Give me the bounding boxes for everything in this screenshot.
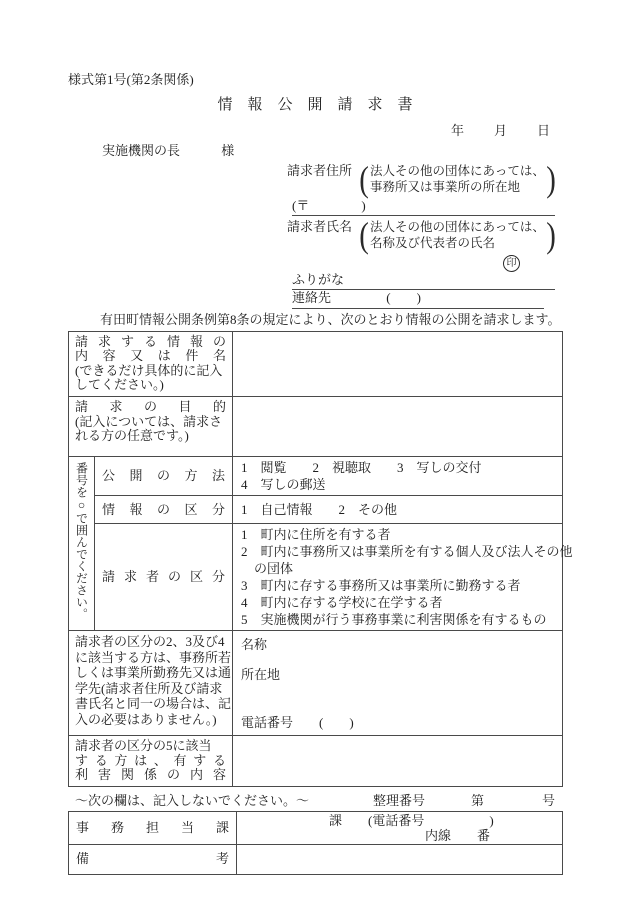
option-line: の団体 [241,560,554,577]
addressee-label: 実施機関の長 [102,143,180,158]
label-note-line: れる方の任意です。) [75,429,226,444]
bracket-open: ( [359,162,369,196]
method-options-cell[interactable]: 1 閲覧 2 視聴取 3 写しの交付 4 写しの郵送 [233,456,563,495]
contact-field[interactable]: 連絡先 ( ) [292,290,544,309]
label-note-line: してください。) [75,378,226,393]
reference-number-label: 整理番号 [373,793,425,809]
row-remarks: 備 考 [69,844,563,874]
remarks-label-cell: 備 考 [69,844,237,874]
requester-name-row: 請求者氏名 ( 法人その他の団体にあっては、 名称及び代表者の氏名 ) [287,218,562,254]
office-use-note-row: 〜次の欄は、記入しないでください。〜 整理番号 第 号 [68,792,562,809]
label-note-line: (できるだけ具体的に記入 [75,364,226,379]
postal-code-field[interactable]: (〒 ) [292,198,555,216]
furigana-field[interactable]: ふりがな [292,272,555,290]
requested-info-input-cell[interactable] [233,331,563,396]
reference-number-suffix: 号 [542,793,555,809]
workplace-address-field[interactable]: 所在地 [241,667,554,683]
requester-address-note: 法人その他の団体にあっては、 事務所又は事業所の所在地 [370,162,545,195]
page-title: 情 報 公 開 請 求 書 [68,96,562,116]
declaration-sentence: 有田町情報公開条例第8条の規定により、次のとおり情報の公開を請求します。 [68,312,562,329]
label-line: しくは事業所勤務先又は通 [75,665,226,681]
office-use-note: 〜次の欄は、記入しないでください。〜 [68,793,309,809]
row-requester-category: 請 求 者 の 区 分 1 町内に住所を有する者 2 町内に事務所又は事業所を有… [69,523,563,630]
requester-block: 請求者住所 ( 法人その他の団体にあっては、 事務所又は事業所の所在地 ) (〒… [287,162,562,309]
address-note-line1: 法人その他の団体にあっては、 [370,164,545,178]
label-line: 書氏名と同一の場合は、記 [75,696,226,712]
requester-category-label-cell: 請 求 者 の 区 分 [95,523,233,630]
requester-name-label: 請求者氏名 [287,218,352,235]
requester-address-row: 請求者住所 ( 法人その他の団体にあっては、 事務所又は事業所の所在地 ) [287,162,562,198]
remarks-input-cell[interactable] [237,844,563,874]
workplace-phone-field[interactable]: 電話番号 ( ) [241,715,554,731]
office-table: 事 務 担 当 課 課 (電話番号 ) 内線 番 備 考 [68,811,563,875]
row-purpose: 請 求 の 目 的 (記入については、請求さ れる方の任意です。) [69,396,563,456]
requester-name-note: 法人その他の団体にあっては、 名称及び代表者の氏名 [370,218,545,251]
request-table: 請 求 す る 情 報 の 内 容 又 は 件 名 (できるだけ具体的に記入 し… [68,331,563,787]
addressee-line: 実施機関の長 様 [68,143,562,160]
circle-instruction-cell: 番号を○で囲んでください。 [69,456,95,630]
label-line: 学先(請求者住所及び請求 [75,681,226,697]
label-line: 請 求 の 目 的 [75,400,226,415]
date-month-label: 月 [494,123,507,139]
label-line: す る 方 は 、 有 す る [75,754,226,769]
requester-address-label: 請求者住所 [287,162,352,179]
seal-icon: 印 [503,255,520,272]
option-line: 1 閲覧 2 視聴取 3 写しの交付 [241,459,554,476]
requested-info-label-cell: 請 求 す る 情 報 の 内 容 又 は 件 名 (できるだけ具体的に記入 し… [69,331,233,396]
label-line: 請 求 す る 情 報 の [75,335,226,350]
workplace-label-cell: 請求者の区分の2、3及び4 に該当する方は、事務所若 しくは事業所勤務先又は通 … [69,630,233,735]
row-department: 事 務 担 当 課 課 (電話番号 ) 内線 番 [69,811,563,844]
option-line: 4 写しの郵送 [241,476,554,493]
option-line: 4 町内に存する学校に在学する者 [241,594,554,611]
row-interest: 請求者の区分の5に該当 す る 方 は 、 有 す る 利 害 関 係 の 内 … [69,735,563,786]
form-number-note: 様式第1号(第2条関係) [68,72,562,88]
option-line: 1 自己情報 2 その他 [241,501,554,518]
label-line: 入の必要はありません。) [75,712,226,728]
reference-number-prefix: 第 [471,793,484,809]
method-label-cell: 公 開 の 方 法 [95,456,233,495]
interest-label-cell: 請求者の区分の5に該当 す る 方 は 、 有 す る 利 害 関 係 の 内 … [69,735,233,786]
form-document: 様式第1号(第2条関係) 情 報 公 開 請 求 書 年 月 日 実施機関の長 … [0,0,630,915]
name-note-line1: 法人その他の団体にあっては、 [370,220,545,234]
option-line: 1 町内に住所を有する者 [241,526,554,543]
row-requested-info: 請 求 す る 情 報 の 内 容 又 は 件 名 (できるだけ具体的に記入 し… [69,331,563,396]
interest-input-cell[interactable] [233,735,563,786]
option-line: 3 町内に存する事務所又は事業所に勤務する者 [241,577,554,594]
contact-label: 連絡先 [292,290,331,305]
row-info-type: 情 報 の 区 分 1 自己情報 2 その他 [69,495,563,523]
label-line: 請求者の区分の5に該当 [75,739,226,754]
purpose-input-cell[interactable] [233,396,563,456]
workplace-name-field[interactable]: 名称 [241,637,554,653]
department-input-cell[interactable]: 課 (電話番号 ) 内線 番 [237,811,563,844]
date-day-label: 日 [537,123,550,139]
label-line: 請求者の区分の2、3及び4 [75,634,226,650]
name-note-line2: 名称及び代表者の氏名 [370,236,495,250]
option-line: 5 実施機関が行う事務事業に利害関係を有するもの [241,611,554,628]
row-workplace: 請求者の区分の2、3及び4 に該当する方は、事務所若 しくは事業所勤務先又は通 … [69,630,563,735]
info-type-label-cell: 情 報 の 区 分 [95,495,233,523]
circle-instruction-text: 番号を○で囲んでください。 [71,462,93,624]
label-note-line: (記入については、請求さ [75,415,226,430]
bracket-close: ) [546,162,556,196]
bracket-close: ) [546,218,556,252]
row-disclosure-method: 番号を○で囲んでください。 公 開 の 方 法 1 閲覧 2 視聴取 3 写しの… [69,456,563,495]
seal-row: 印 [287,255,562,271]
info-type-options-cell[interactable]: 1 自己情報 2 その他 [233,495,563,523]
label-line: 利 害 関 係 の 内 容 [75,768,226,783]
option-line: 2 町内に事務所又は事業所を有する個人及び法人その他 [241,543,554,560]
addressee-honorific: 様 [221,143,234,158]
requester-category-options-cell[interactable]: 1 町内に住所を有する者 2 町内に事務所又は事業所を有する個人及び法人その他 … [233,523,563,630]
bracket-open: ( [359,218,369,252]
date-year-label: 年 [451,123,464,139]
department-label-cell: 事 務 担 当 課 [69,811,237,844]
department-line: 内線 番 [243,828,556,843]
workplace-input-cell[interactable]: 名称 所在地 電話番号 ( ) [233,630,563,735]
purpose-label-cell: 請 求 の 目 的 (記入については、請求さ れる方の任意です。) [69,396,233,456]
date-line: 年 月 日 [68,123,562,139]
department-line: 課 (電話番号 ) [243,813,556,828]
address-note-line2: 事務所又は事業所の所在地 [370,180,520,194]
label-line: に該当する方は、事務所若 [75,650,226,666]
label-line: 内 容 又 は 件 名 [75,349,226,364]
contact-paren: ( ) [386,290,421,305]
